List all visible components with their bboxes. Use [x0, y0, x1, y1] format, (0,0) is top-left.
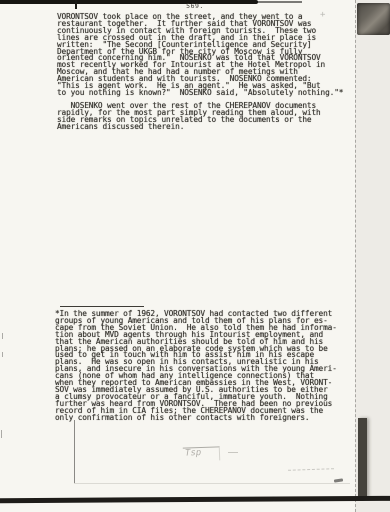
- scan-left-edge-tick: [2, 333, 3, 339]
- footnote-separator-rule: [60, 306, 144, 307]
- page-bottom-crease-line: [74, 483, 350, 484]
- scan-left-edge-tick: [2, 352, 3, 357]
- scan-left-edge-tick: [1, 430, 2, 438]
- stamp-dash-mark: [228, 452, 238, 453]
- scan-dark-mark: [334, 478, 343, 482]
- body-paragraph-1: VORONTSOV took place on the street, and …: [57, 14, 343, 97]
- page-number: 569.: [0, 2, 390, 10]
- body-paragraph-2: NOSENKO went over the rest of the CHEREP…: [57, 103, 321, 131]
- scan-bottom-edge: [0, 496, 390, 503]
- scan-scribble-mark: [288, 467, 334, 471]
- handwritten-stamp-mark: Tsp: [183, 446, 220, 461]
- footnote-block: *In the summer of 1962, VORONTSOV had co…: [55, 311, 337, 422]
- scanned-document-page: + 569. VORONTSOV took place on the stree…: [0, 0, 390, 512]
- scan-right-dark-band: [358, 418, 367, 498]
- page-fold-line: [74, 420, 75, 483]
